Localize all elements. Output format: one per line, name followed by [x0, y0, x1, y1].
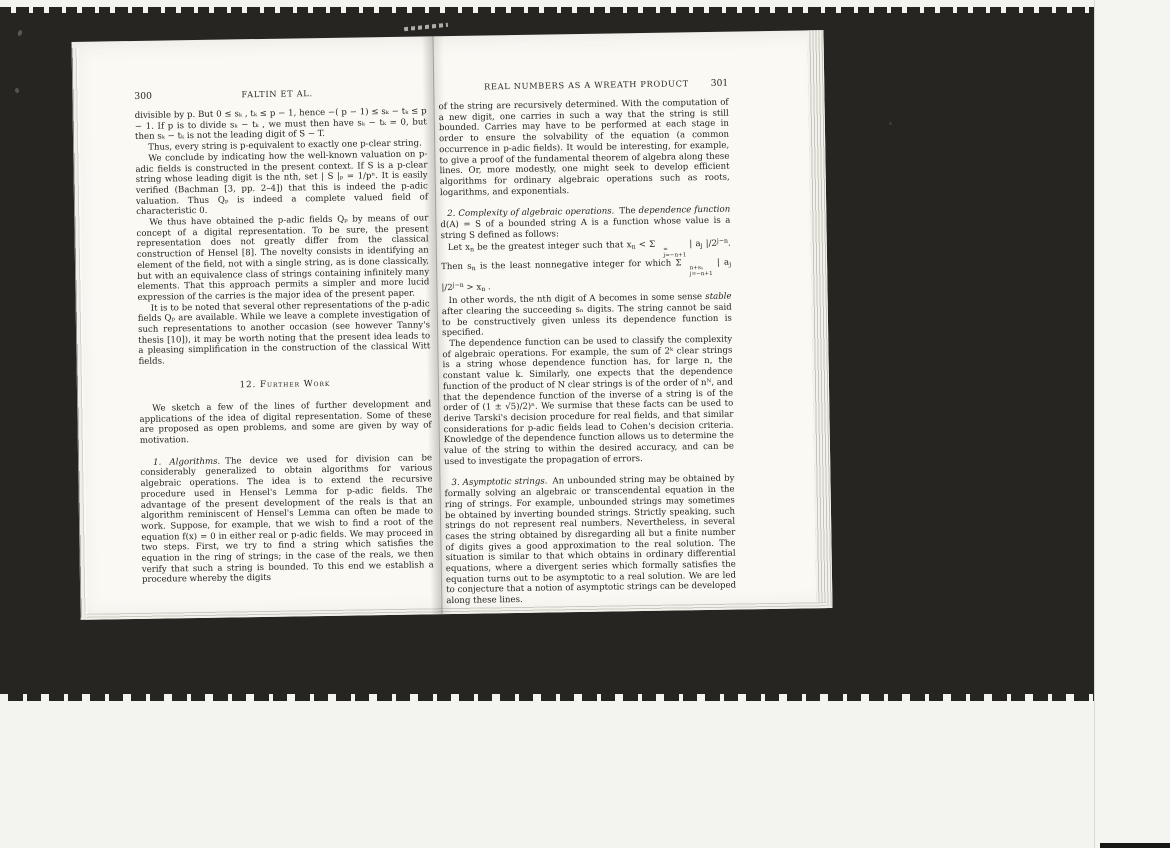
paragraph-text: The device we used for division can be c…	[140, 453, 434, 585]
page-number: 300	[134, 91, 152, 102]
superscript: j−n	[453, 282, 464, 289]
formula-text: | a	[686, 240, 701, 250]
running-head: REAL NUMBERS AS A WREATH PRODUCT	[462, 78, 711, 92]
formula-text: be the greatest integer such that x	[474, 241, 632, 253]
section-heading: 12. Further Work	[139, 377, 431, 392]
formula-paragraph: Let xn be the greatest integer such that…	[441, 237, 732, 296]
left-page: 300 FALTIN ET AL. divisible by p. But 0 …	[134, 86, 434, 586]
formula-text: is the least nonnegative integer for whi…	[476, 259, 676, 272]
paragraph: The dependence function can be used to c…	[442, 335, 734, 468]
dust-speck	[889, 122, 892, 125]
photo-right-margin	[1094, 0, 1170, 848]
sigma-symbol: Σ	[649, 240, 655, 250]
formula-text: | a	[712, 258, 729, 268]
right-page: REAL NUMBERS AS A WREATH PRODUCT 301 of …	[438, 78, 736, 607]
paragraph: We sketch a few of the lines of further …	[139, 399, 432, 446]
paragraph-lead-italic: 3. Asymptotic strings.	[451, 477, 547, 489]
paragraph-text: The	[619, 206, 638, 216]
left-page-header: 300 FALTIN ET AL.	[134, 86, 426, 102]
formula-text: |/2	[702, 239, 717, 249]
paragraph: 2. Complexity of algebraic operations.Th…	[440, 205, 730, 242]
formula-text: |/2	[441, 283, 452, 293]
paragraph: It is to be noted that several other rep…	[138, 299, 431, 368]
formula-text: <	[635, 240, 649, 250]
paragraph: We conclude by indicating how the well-k…	[135, 149, 428, 218]
page-number: 301	[711, 78, 729, 89]
summation: Σn+sₙj=−n+1	[675, 258, 712, 269]
right-page-header: REAL NUMBERS AS A WREATH PRODUCT 301	[438, 78, 728, 94]
summation: Σ∞j=−n+1	[649, 240, 686, 251]
formula-text: > x	[464, 283, 482, 293]
paragraph: We thus have obtained the p-adic fields …	[136, 213, 429, 303]
formula-text: Let x	[448, 243, 470, 253]
emphasized-term: stable	[705, 292, 731, 302]
paragraph: divisible by p. But 0 ≤ sₖ , tₖ ≤ p − 1,…	[135, 106, 427, 143]
bottom-right-black-bar	[1100, 843, 1170, 848]
sigma-symbol: Σ	[675, 259, 681, 269]
paragraph: 3. Asymptotic strings.An unbounded strin…	[444, 474, 736, 607]
paragraph: In other words, the nth digit of A becom…	[442, 292, 733, 339]
paragraph-text: after clearing the succeeding sₙ digits.…	[442, 303, 732, 339]
paragraph: 1. Algorithms.The device we used for div…	[140, 453, 434, 586]
summation-limits: n+sₙj=−n+1	[683, 265, 713, 278]
lower-limit: j=−n+1	[683, 271, 713, 278]
backdrop-torn-bottom-edge	[0, 693, 1094, 701]
paragraph-lead-italic: 1. Algorithms.	[153, 456, 220, 467]
paragraph: of the string are recursively determined…	[438, 98, 729, 199]
summation-limits: ∞j=−n+1	[656, 246, 686, 259]
running-head: FALTIN ET AL.	[152, 87, 403, 101]
subscript: j	[729, 261, 731, 268]
paragraph-text: An unbounded string may be obtained by f…	[445, 474, 737, 606]
book-scan-photo: 300 FALTIN ET AL. divisible by p. But 0 …	[0, 0, 1170, 848]
open-book: 300 FALTIN ET AL. divisible by p. But 0 …	[72, 30, 833, 620]
formula-text: .	[485, 282, 491, 292]
emphasized-term: dependence function	[639, 205, 731, 216]
superscript: j−n	[717, 238, 728, 245]
